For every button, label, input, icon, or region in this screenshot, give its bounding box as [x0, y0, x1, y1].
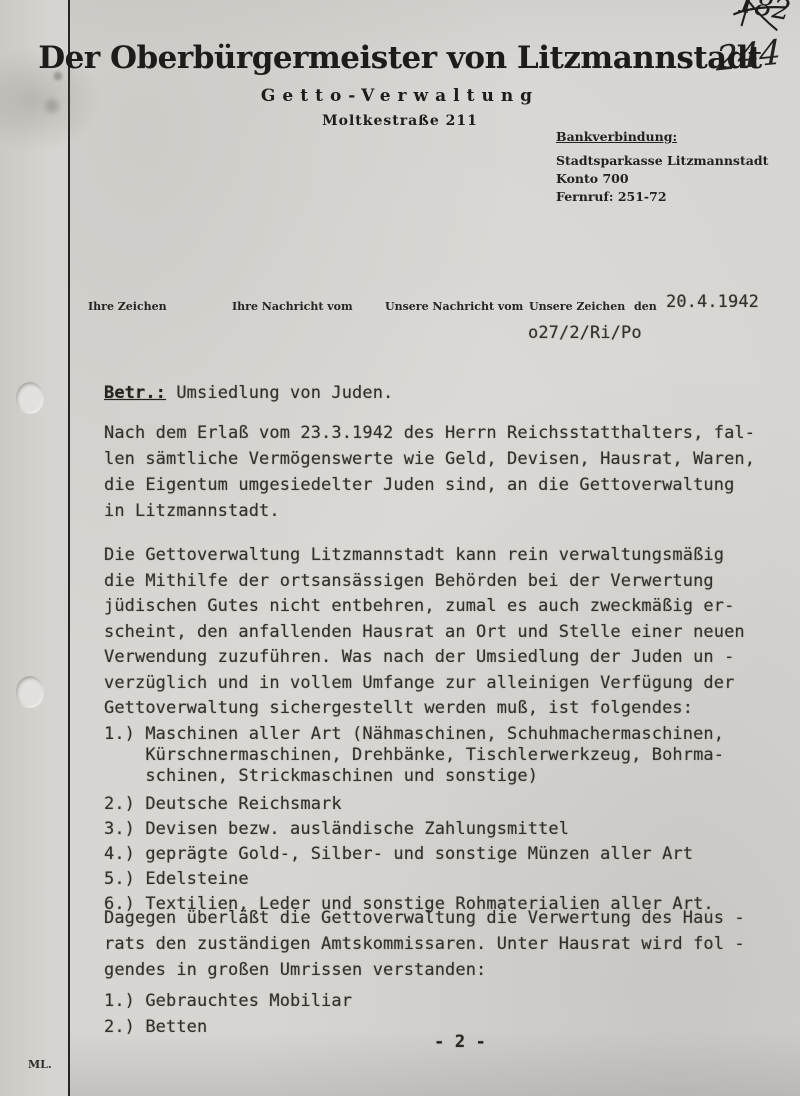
ref-label-ihre-zeichen: Ihre Zeichen: [88, 300, 167, 313]
bank-phone: Fernruf: 251-72: [556, 188, 768, 206]
our-reference-number: o27/2/Ri/Po: [528, 323, 642, 343]
subject-line: Betr.: Umsiedlung von Juden.: [104, 380, 784, 406]
paragraph-2: Die Gettoverwaltung Litzmannstadt kann r…: [104, 543, 784, 722]
punch-hole-bottom: [16, 676, 44, 708]
ref-label-unsere-nachricht: Unsere Nachricht vom: [385, 300, 523, 313]
list-item: 1.) Gebrauchtes Mobiliar: [104, 988, 784, 1014]
bank-info-block: Bankverbindung: Stadtsparkasse Litzmanns…: [556, 128, 768, 206]
punch-hole-top: [16, 382, 44, 414]
letterhead-street: Moltkestraße 211: [0, 113, 800, 129]
ref-label-ihre-nachricht: Ihre Nachricht vom: [232, 300, 353, 313]
paragraph-1: Nach dem Erlaß vom 23.3.1942 des Herrn R…: [104, 420, 784, 524]
paragraph-3: Dagegen überläßt die Gettoverwaltung die…: [104, 905, 784, 983]
page-number: - 2 -: [0, 1032, 800, 1052]
ref-label-unsere-zeichen: Unsere Zeichen: [529, 300, 625, 313]
subject-text: Umsiedlung von Juden.: [166, 383, 393, 403]
letterhead-department: Getto-Verwaltung: [0, 86, 800, 106]
archivist-initials: ML.: [28, 1058, 52, 1071]
bank-account: Konto 700: [556, 170, 768, 188]
asset-list: 1.) Maschinen aller Art (Nähmaschinen, S…: [104, 724, 784, 917]
list-item: 5.) Edelsteine: [104, 867, 784, 892]
bank-name: Stadtsparkasse Litzmannstadt: [556, 152, 768, 170]
list-item: 1.) Maschinen aller Art (Nähmaschinen, S…: [104, 724, 784, 787]
letterhead-title: Der Oberbürgermeister von Litzmannstadt: [0, 40, 800, 76]
subject-label: Betr.:: [104, 383, 166, 403]
list-item: 3.) Devisen bezw. ausländische Zahlungsm…: [104, 817, 784, 842]
ref-label-den: den: [634, 300, 657, 313]
list-item: 4.) geprägte Gold-, Silber- und sonstige…: [104, 842, 784, 867]
page-edge-line: [0, 0, 70, 1096]
letter-date: 20.4.1942: [666, 292, 759, 312]
bank-heading: Bankverbindung:: [556, 128, 768, 146]
scanned-letter-page: 182 244 Der Oberbürgermeister von Litzma…: [0, 0, 800, 1096]
list-item: 2.) Deutsche Reichsmark: [104, 792, 784, 817]
